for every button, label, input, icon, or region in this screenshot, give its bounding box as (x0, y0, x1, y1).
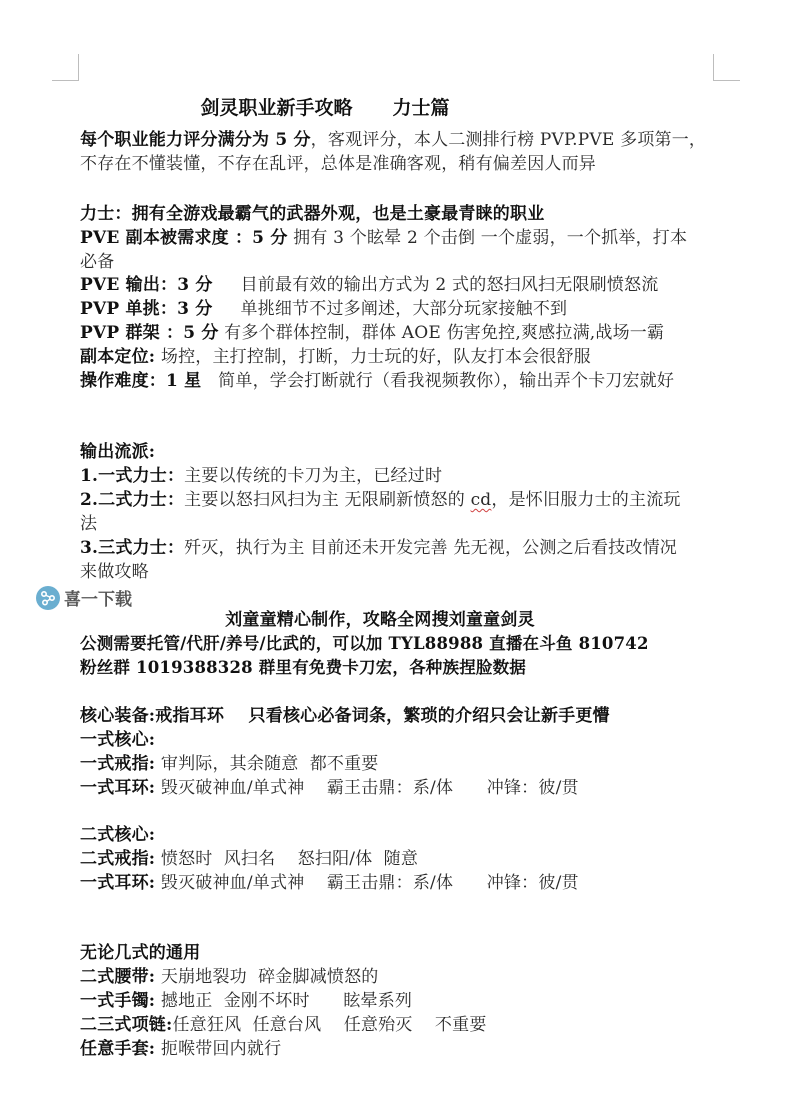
document-title: 剑灵职业新手攻略力士篇 (0, 93, 650, 120)
author-contact: 公测需要托管/代肝/养号/比武的，可以加 TYL88988 直播在斗鱼 8107… (80, 632, 649, 656)
build-label: 2.二式力士： (80, 490, 184, 510)
build-label: 3.三式力士： (80, 538, 184, 558)
style1-earring: 一式耳环: 毁灭破神血/单式神 霸王击鼎：系/体 冲锋：彼/贯 (80, 776, 579, 800)
gear-text: 扼喉带回内就行 (155, 1039, 281, 1059)
gear-label: 一式耳环: (80, 873, 155, 893)
gear-text: 任意狂风 任意台风 任意殆灭 不重要 (172, 1015, 486, 1035)
intro-line-2: 不存在不懂装懂，不存在乱评，总体是准确客观，稍有偏差因人而异 (80, 152, 596, 176)
rating-text: 目前最有效的输出方式为 2 式的怒扫风扫无限刷愤怒流 (213, 275, 659, 295)
build-label: 1.一式力士： (80, 466, 184, 486)
build-item: 3.三式力士：歼灭，执行为主 目前还未开发完善 先无视，公测之后看技改情况 (80, 536, 677, 560)
rating-row: 操作难度：1 星 简单，学会打断就行（看我视频教你），输出弄个卡刀宏就好 (80, 369, 674, 393)
common-item: 二式腰带: 天崩地裂功 碎金脚减愤怒的 (80, 965, 379, 989)
rating-text: 场控，主打控制，打断，力士玩的好，队友打本会很舒服 (155, 347, 591, 367)
build-text: 主要以怒扫风扫为主 无限刷新愤怒的 (184, 490, 470, 510)
gear-label: 一式戒指: (80, 754, 155, 774)
gear-text: 毁灭破神血/单式神 霸王击鼎：系/体 冲锋：彼/贯 (155, 873, 578, 893)
author-group: 粉丝群 1019388328 群里有免费卡刀宏，各种族捏脸数据 (80, 656, 526, 680)
common-item: 二三式项链:任意狂风 任意台风 任意殆灭 不重要 (80, 1013, 487, 1037)
title-main: 剑灵职业新手攻略 (200, 97, 352, 119)
rating-row: PVE 输出：3 分 目前最有效的输出方式为 2 式的怒扫风扫无限刷愤怒流 (80, 273, 658, 297)
intro-bold: 每个职业能力评分满分为 5 分 (80, 130, 311, 150)
class-summary: 力士：拥有全游戏最霸气的武器外观，也是土豪最青睐的职业 (80, 202, 544, 226)
share-icon (36, 586, 60, 610)
title-sub: 力士篇 (393, 97, 450, 119)
rating-row: PVP 群架 ：5 分 有多个群体控制，群体 AOE 伤害免控,爽感拉满,战场一… (80, 321, 664, 345)
style2-earring: 一式耳环: 毁灭破神血/单式神 霸王击鼎：系/体 冲锋：彼/贯 (80, 871, 579, 895)
rating-label: PVP 群架 ：5 分 (80, 323, 219, 343)
rating-label: PVE 输出：3 分 (80, 275, 213, 295)
rating-label: 副本定位: (80, 347, 155, 367)
common-item: 一式手镯: 撼地正 金刚不坏时 眩晕系列 (80, 989, 412, 1013)
intro-rest: ，客观评分，本人二测排行榜 PVP.PVE 多项第一， (311, 130, 706, 150)
style1-ring: 一式戒指: 审判际，其余随意 都不重要 (80, 752, 379, 776)
style2-heading: 二式核心: (80, 823, 155, 847)
gear-text: 天崩地裂功 碎金脚减愤怒的 (155, 967, 378, 987)
style2-ring: 二式戒指: 愤怒时 风扫名 怒扫阳/体 随意 (80, 847, 418, 871)
gear-label: 二式腰带: (80, 967, 155, 987)
gear-label: 一式耳环: (80, 778, 155, 798)
rating-label: 操作难度：1 星 (80, 371, 201, 391)
style1-heading: 一式核心: (80, 728, 155, 752)
rating-text: 简单，学会打断就行（看我视频教你），输出弄个卡刀宏就好 (201, 371, 674, 391)
gear-label: 二式戒指: (80, 849, 155, 869)
rating-row: PVP 单挑：3 分 单挑细节不过多阐述，大部分玩家接触不到 (80, 297, 567, 321)
page-corner-mark-top-left (52, 54, 79, 81)
rating-row: 副本定位: 场控，主打控制，打断，力士玩的好，队友打本会很舒服 (80, 345, 591, 369)
gear-text: 毁灭破神血/单式神 霸王击鼎：系/体 冲锋：彼/贯 (155, 778, 578, 798)
gear-heading: 核心装备:戒指耳环 只看核心必备词条，繁琐的介绍只会让新手更懵 (80, 704, 610, 728)
watermark-text: 喜一下载 (64, 585, 132, 610)
build-item: 1.一式力士：主要以传统的卡刀为主，已经过时 (80, 464, 442, 488)
watermark: 喜一下载 (36, 585, 132, 610)
common-item: 任意手套: 扼喉带回内就行 (80, 1037, 281, 1061)
rating-text: 拥有 3 个眩晕 2 个击倒 一个虚弱，一个抓举，打本 (288, 228, 688, 248)
build-text: 主要以传统的卡刀为主，已经过时 (184, 466, 442, 486)
rating-text: 有多个群体控制，群体 AOE 伤害免控,爽感拉满,战场一霸 (219, 323, 665, 343)
gear-label: 一式手镯: (80, 991, 155, 1011)
build-continuation: 来做攻略 (80, 560, 149, 584)
build-text: 歼灭，执行为主 目前还未开发完善 先无视，公测之后看技改情况 (184, 538, 677, 558)
gear-label: 二三式项链: (80, 1015, 172, 1035)
author-credit: 刘童童精心制作，攻略全网搜刘童童剑灵 (80, 608, 680, 632)
common-heading: 无论几式的通用 (80, 941, 200, 965)
gear-text: 撼地正 金刚不坏时 眩晕系列 (155, 991, 412, 1011)
build-continuation: 法 (80, 512, 97, 536)
rating-label: PVE 副本被需求度 ：5 分 (80, 228, 288, 248)
rating-text: 单挑细节不过多阐述，大部分玩家接触不到 (212, 299, 567, 319)
rating-row: PVE 副本被需求度 ：5 分 拥有 3 个眩晕 2 个击倒 一个虚弱，一个抓举… (80, 226, 687, 250)
spellcheck-underlined-word: cd (471, 490, 492, 510)
gear-text: 愤怒时 风扫名 怒扫阳/体 随意 (155, 849, 418, 869)
intro-line-1: 每个职业能力评分满分为 5 分，客观评分，本人二测排行榜 PVP.PVE 多项第… (80, 128, 706, 152)
gear-text: 审判际，其余随意 都不重要 (155, 754, 378, 774)
rating-label: PVP 单挑：3 分 (80, 299, 212, 319)
page-corner-mark-top-right (713, 54, 740, 81)
builds-heading: 输出流派: (80, 440, 155, 464)
build-item: 2.二式力士：主要以怒扫风扫为主 无限刷新愤怒的 cd，是怀旧服力士的主流玩 (80, 488, 681, 512)
build-text: ，是怀旧服力士的主流玩 (491, 490, 680, 510)
gear-label: 任意手套: (80, 1039, 155, 1059)
rating-continuation: 必备 (80, 250, 114, 274)
